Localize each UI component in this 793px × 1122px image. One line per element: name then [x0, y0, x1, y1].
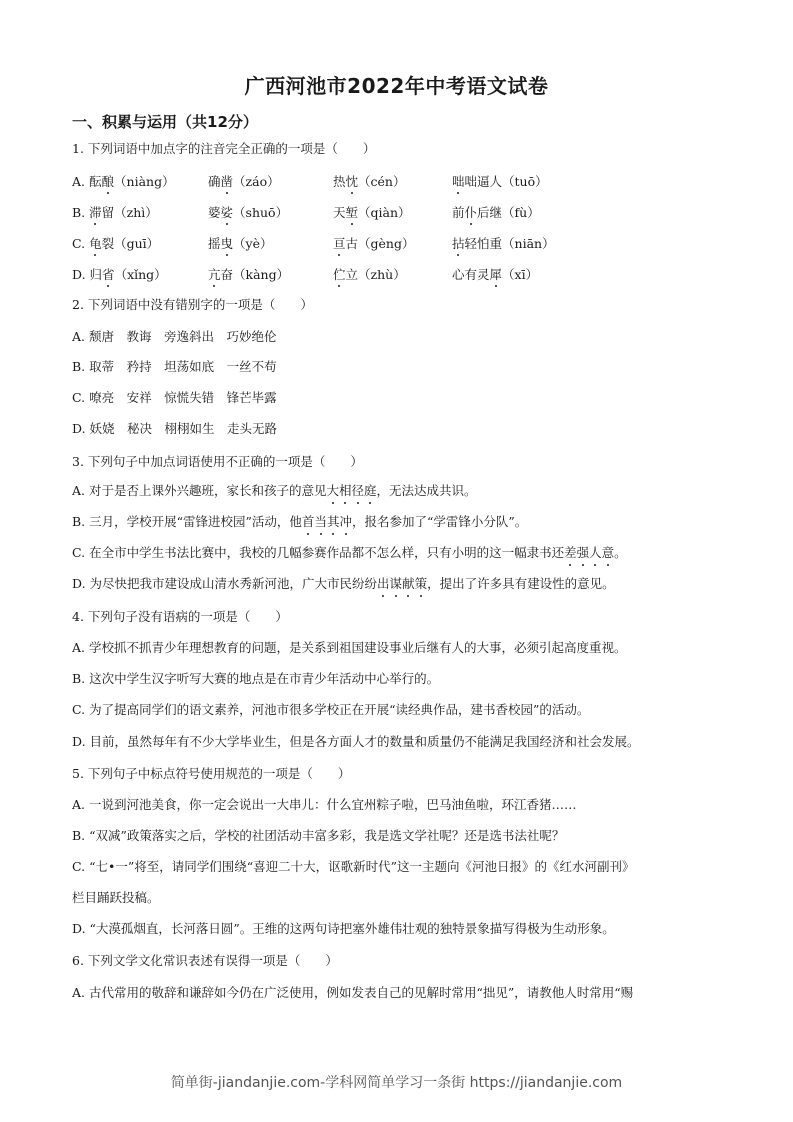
question-1-option-d-item: 心有灵犀（xī） — [452, 265, 538, 283]
text: （yè） — [233, 236, 272, 251]
text: C. 在全市中学生书法比赛中，我校的几幅参赛作品都不怎么样，只有小明的这一幅隶书… — [72, 545, 564, 560]
text: （qiàn） — [358, 205, 411, 220]
dotted-character: 强 — [577, 544, 590, 562]
dotted-character: 伫 — [333, 265, 346, 283]
dotted-character: 庭 — [364, 482, 377, 500]
text: （xǐng） — [115, 267, 167, 282]
text: ，无法达成共识。 — [377, 483, 477, 498]
question-4-option-b: B. 这次中学生汉字听写大赛的地点是在市青少年活动中心举行的。 — [72, 670, 439, 688]
dotted-character: 冲 — [339, 513, 352, 531]
text: 奋（kàng） — [221, 267, 290, 282]
dotted-character: 献 — [402, 575, 415, 593]
option-label: D. — [72, 267, 90, 282]
question-1-option-d-item: 伫立（zhù） — [333, 265, 406, 283]
dotted-character: 策 — [415, 575, 428, 593]
dotted-character: 酿 — [102, 172, 115, 190]
dotted-character: 忱 — [346, 172, 359, 190]
dotted-character: 拈 — [452, 234, 465, 252]
section-heading: 一、积累与运用（共12分） — [72, 111, 258, 132]
question-1-stem: 1. 下列词语中加点字的注音完全正确的一项是（ ） — [72, 140, 375, 158]
dotted-character: 省 — [102, 265, 115, 283]
dotted-character: 曳 — [221, 234, 234, 252]
dotted-character: 首 — [302, 513, 315, 531]
text: 古（gèng） — [346, 236, 415, 251]
question-6-stem: 6. 下列文学文化常识表述有误得一项是（ ） — [72, 952, 338, 970]
dotted-character: 犀 — [490, 265, 503, 283]
question-4-option-c: C. 为了提高同学们的语文素养，河池市很多学校正在开展“读经典作品，建书香校园”… — [72, 701, 589, 719]
dotted-character: 堑 — [346, 203, 359, 221]
question-2-option-d: D. 妖娆 秘决 栩栩如生 走头无路 — [72, 420, 277, 438]
dotted-character: 谋 — [390, 575, 403, 593]
page-title: 广西河池市2022年中考语文试卷 — [0, 70, 793, 99]
dotted-character: 出 — [377, 575, 390, 593]
dotted-phrase: 首当其冲 — [302, 514, 352, 529]
text: （záo） — [233, 174, 280, 189]
text: （shuō） — [233, 205, 288, 220]
question-3-stem: 3. 下列句子中加点词语使用不正确的一项是（ ） — [72, 453, 363, 471]
question-1-option-c-item: 亘古（gèng） — [333, 234, 414, 252]
text: 摇 — [208, 236, 221, 251]
watermark-footer: 简单街-jiandanjie.com-学科网简单学习一条街 https://ji… — [0, 1072, 793, 1092]
option-label: A. — [72, 174, 89, 189]
question-5-option-c-cont: 栏目踊跃投稿。 — [72, 889, 160, 907]
question-2-option-b: B. 取蒂 矜持 坦荡如底 一丝不苟 — [72, 358, 277, 376]
text: 。 — [614, 545, 627, 560]
text: ，提出了许多具有建设性的意见。 — [427, 576, 615, 591]
question-2-option-c: C. 嘹亮 安祥 惊慌失错 锋芒毕露 — [72, 389, 277, 407]
question-1-option-d-item: D. 归省（xǐng） — [72, 265, 167, 283]
question-1-option-c-item: C. 龟裂（guī） — [72, 234, 159, 252]
text: 热 — [333, 174, 346, 189]
dotted-character: 亘 — [333, 234, 346, 252]
dotted-character: 娑 — [221, 203, 234, 221]
question-1-option-b-item: 婆娑（shuō） — [208, 203, 288, 221]
question-1-option-b-item: B. 滞留（zhì） — [72, 203, 158, 221]
text: 后继（fù） — [477, 205, 540, 220]
text: 心有灵 — [452, 267, 490, 282]
dotted-character: 径 — [352, 482, 365, 500]
question-1-option-a-item: 热忱（cén） — [333, 172, 405, 190]
question-5-option-a: A. 一说到河池美食，你一定会说出一大串儿：什么宜州粽子啦，巴马油鱼啦，环江香猪… — [72, 796, 576, 814]
question-5-stem: 5. 下列句子中标点符号使用规范的一项是（ ） — [72, 765, 350, 783]
text: （xī） — [502, 267, 538, 282]
question-4-stem: 4. 下列句子没有语病的一项是（ ） — [72, 608, 288, 626]
dotted-character: 相 — [339, 482, 352, 500]
question-3-option-a: A. 对于是否上课外兴趣班，家长和孩子的意见大相径庭，无法达成共识。 — [72, 482, 477, 500]
text: （cén） — [358, 174, 405, 189]
dotted-character: 当 — [314, 513, 327, 531]
question-2-option-a: A. 颓唐 教诲 旁逸斜出 巧妙绝伦 — [72, 328, 276, 346]
dotted-phrase: 出谋献策 — [377, 576, 427, 591]
text: 婆 — [208, 205, 221, 220]
dotted-phrase: 大相径庭 — [326, 483, 376, 498]
dotted-phrase: 差强人意 — [564, 545, 614, 560]
text: 裂（guī） — [102, 236, 160, 251]
dotted-character: 大 — [326, 482, 339, 500]
question-3-option-b: B. 三月，学校开展“雷锋进校园”活动，他首当其冲，报名参加了“学雷锋小分队”。 — [72, 513, 527, 531]
dotted-character: 仆 — [465, 203, 478, 221]
dotted-character: 亢 — [208, 265, 221, 283]
question-4-option-d: D. 目前，虽然每年有不少大学毕业生，但是各方面人才的数量和质量仍不能满足我国经… — [72, 733, 640, 751]
question-3-option-d: D. 为尽快把我市建设成山清水秀新河池，广大市民纷纷出谋献策，提出了许多具有建设… — [72, 575, 615, 593]
text: D. 为尽快把我市建设成山清水秀新河池，广大市民纷纷 — [72, 576, 377, 591]
question-3-option-c: C. 在全市中学生书法比赛中，我校的几幅参赛作品都不怎么样，只有小明的这一幅隶书… — [72, 544, 627, 562]
text: A. 对于是否上课外兴趣班，家长和孩子的意见 — [72, 483, 326, 498]
question-5-option-c: C. “七•一”将至，请同学们围绕“喜迎二十大，讴歌新时代”这一主题向《河池日报… — [72, 858, 635, 876]
question-1-option-a-item: A. 酝酿（niàng） — [72, 172, 175, 190]
question-5-option-b: B. “双减”政策落实之后，学校的社团活动丰富多彩，我是选文学社呢？还是选书法社… — [72, 827, 564, 845]
dotted-character: 意 — [602, 544, 615, 562]
dotted-character: 凿 — [221, 172, 234, 190]
dotted-character: 人 — [589, 544, 602, 562]
text: 留（zhì） — [102, 205, 158, 220]
dotted-character: 其 — [327, 513, 340, 531]
question-1-option-c-item: 摇曳（yè） — [208, 234, 273, 252]
text: 归 — [90, 267, 103, 282]
question-1-option-a-item: 确凿（záo） — [208, 172, 280, 190]
dotted-character: 差 — [564, 544, 577, 562]
text: ，报名参加了“学雷锋小分队”。 — [352, 514, 527, 529]
text: 前 — [452, 205, 465, 220]
question-1-option-a-item: 咄咄逼人（tuō） — [452, 172, 548, 190]
option-label: C. — [72, 236, 89, 251]
text: B. 三月，学校开展“雷锋进校园”活动，他 — [72, 514, 302, 529]
question-2-stem: 2. 下列词语中没有错别字的一项是（ ） — [72, 296, 313, 314]
text: 立（zhù） — [346, 267, 406, 282]
dotted-character: 龟 — [89, 234, 102, 252]
text: 确 — [208, 174, 221, 189]
question-4-option-a: A. 学校抓不抓青少年理想教育的问题，是关系到祖国建设事业后继有人的大事，必须引… — [72, 639, 626, 657]
text: （niàng） — [114, 174, 175, 189]
option-label: B. — [72, 205, 89, 220]
question-1-option-b-item: 前仆后继（fù） — [452, 203, 540, 221]
text: 酝 — [89, 174, 102, 189]
question-5-option-d: D. “大漠孤烟直，长河落日圆”。王维的这两句诗把塞外雄伟壮观的独特景象描写得极… — [72, 920, 615, 938]
question-6-option-a: A. 古代常用的敬辞和谦辞如今仍在广泛使用，例如发表自己的见解时常用“拙见”，请… — [72, 984, 633, 1002]
question-1-option-d-item: 亢奋（kàng） — [208, 265, 289, 283]
text: 天 — [333, 205, 346, 220]
dotted-character: 滞 — [89, 203, 102, 221]
question-1-option-c-item: 拈轻怕重（niān） — [452, 234, 555, 252]
text: 咄逼人（tuō） — [465, 174, 548, 189]
question-1-option-b-item: 天堑（qiàn） — [333, 203, 411, 221]
dotted-character: 咄 — [452, 172, 465, 190]
text: 轻怕重（niān） — [465, 236, 555, 251]
